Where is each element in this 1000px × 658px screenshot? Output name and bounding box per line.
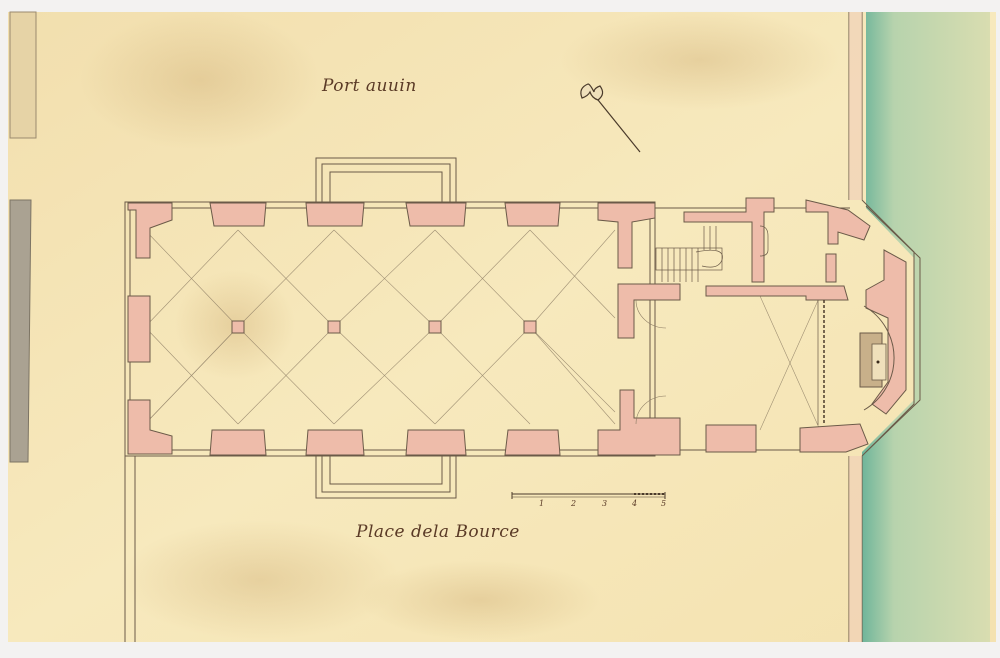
left-margin-strip bbox=[10, 12, 36, 138]
scale-tick-4: 4 bbox=[632, 499, 637, 508]
scale-tick-1: 1 bbox=[539, 499, 544, 508]
floor-plan-drawing bbox=[0, 0, 1000, 658]
square-label-bottom: Place dela Bource bbox=[356, 522, 520, 542]
street-label-top: Port auuin bbox=[322, 76, 417, 96]
left-margin-strip-dark bbox=[10, 200, 31, 462]
scale-tick-5: 5 bbox=[661, 499, 666, 508]
floor-plan-sheet: Port auuin Place dela Bource 1 2 3 4 5 bbox=[0, 0, 1000, 658]
scale-tick-2: 2 bbox=[571, 499, 576, 508]
scale-tick-3: 3 bbox=[602, 499, 607, 508]
